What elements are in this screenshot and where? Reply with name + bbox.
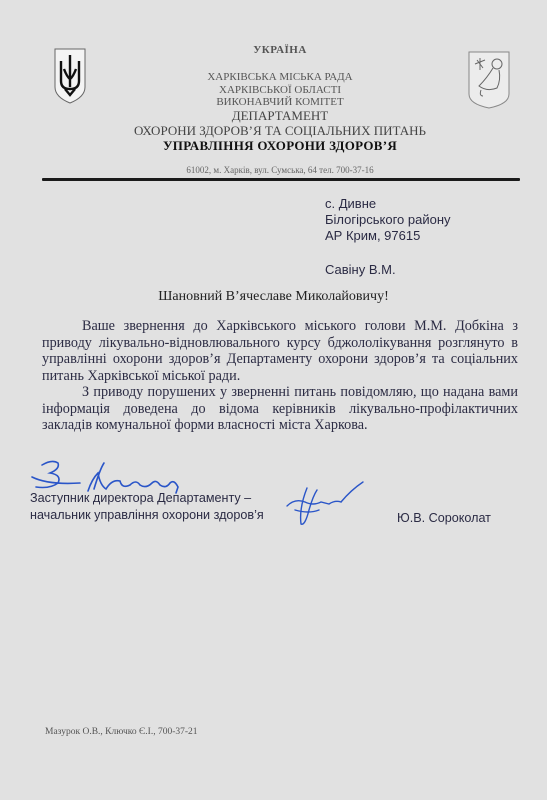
trident-coat-of-arms-icon: [53, 47, 87, 105]
letterhead-council: ХАРКІВСЬКА МІСЬКА РАДА: [100, 71, 460, 83]
letterhead-country: УКРАЇНА: [100, 44, 460, 56]
letterhead-divider: [42, 178, 520, 181]
recipient-address-line: с. Дивне: [325, 196, 451, 212]
salutation: Шановний В’ячеславе Миколайовичу!: [0, 289, 547, 305]
letterhead-address: 61002, м. Харків, вул. Сумська, 64 тел. …: [100, 165, 460, 175]
letterhead-oblast: ХАРКІВСЬКОЇ ОБЛАСТІ: [100, 84, 460, 96]
signature: [285, 480, 365, 530]
executors-footer: Мазурок О.В., Ключко Є.І., 700-37-21: [45, 727, 198, 737]
body-paragraph: З приводу порушених у зверненні питань п…: [42, 384, 518, 434]
signer-title: Заступник директора Департаменту – начал…: [30, 490, 264, 524]
kharkiv-coat-of-arms-icon: [467, 50, 511, 110]
letterhead-executive-committee: ВИКОНАВЧИЙ КОМІТЕТ: [100, 96, 460, 108]
body-paragraph: Ваше звернення до Харківського міського …: [42, 318, 518, 384]
letterhead-office: УПРАВЛІННЯ ОХОРОНИ ЗДОРОВ’Я: [100, 138, 460, 154]
letterhead-department-name: ОХОРОНИ ЗДОРОВ’Я ТА СОЦІАЛЬНИХ ПИТАНЬ: [70, 123, 490, 139]
signer-title-line: начальник управління охорони здоров’я: [30, 507, 264, 524]
signer-name: Ю.В. Сороколат: [397, 511, 491, 525]
letterhead-department: ДЕПАРТАМЕНТ: [100, 108, 460, 124]
recipient-address: с. Дивне Білогірського району АР Крим, 9…: [325, 196, 451, 244]
recipient-name: Савіну В.М.: [325, 262, 396, 277]
recipient-address-line: Білогірського району: [325, 212, 451, 228]
recipient-address-line: АР Крим, 97615: [325, 228, 451, 244]
signer-title-line: Заступник директора Департаменту –: [30, 490, 264, 507]
letter-body: Ваше звернення до Харківського міського …: [42, 318, 518, 434]
